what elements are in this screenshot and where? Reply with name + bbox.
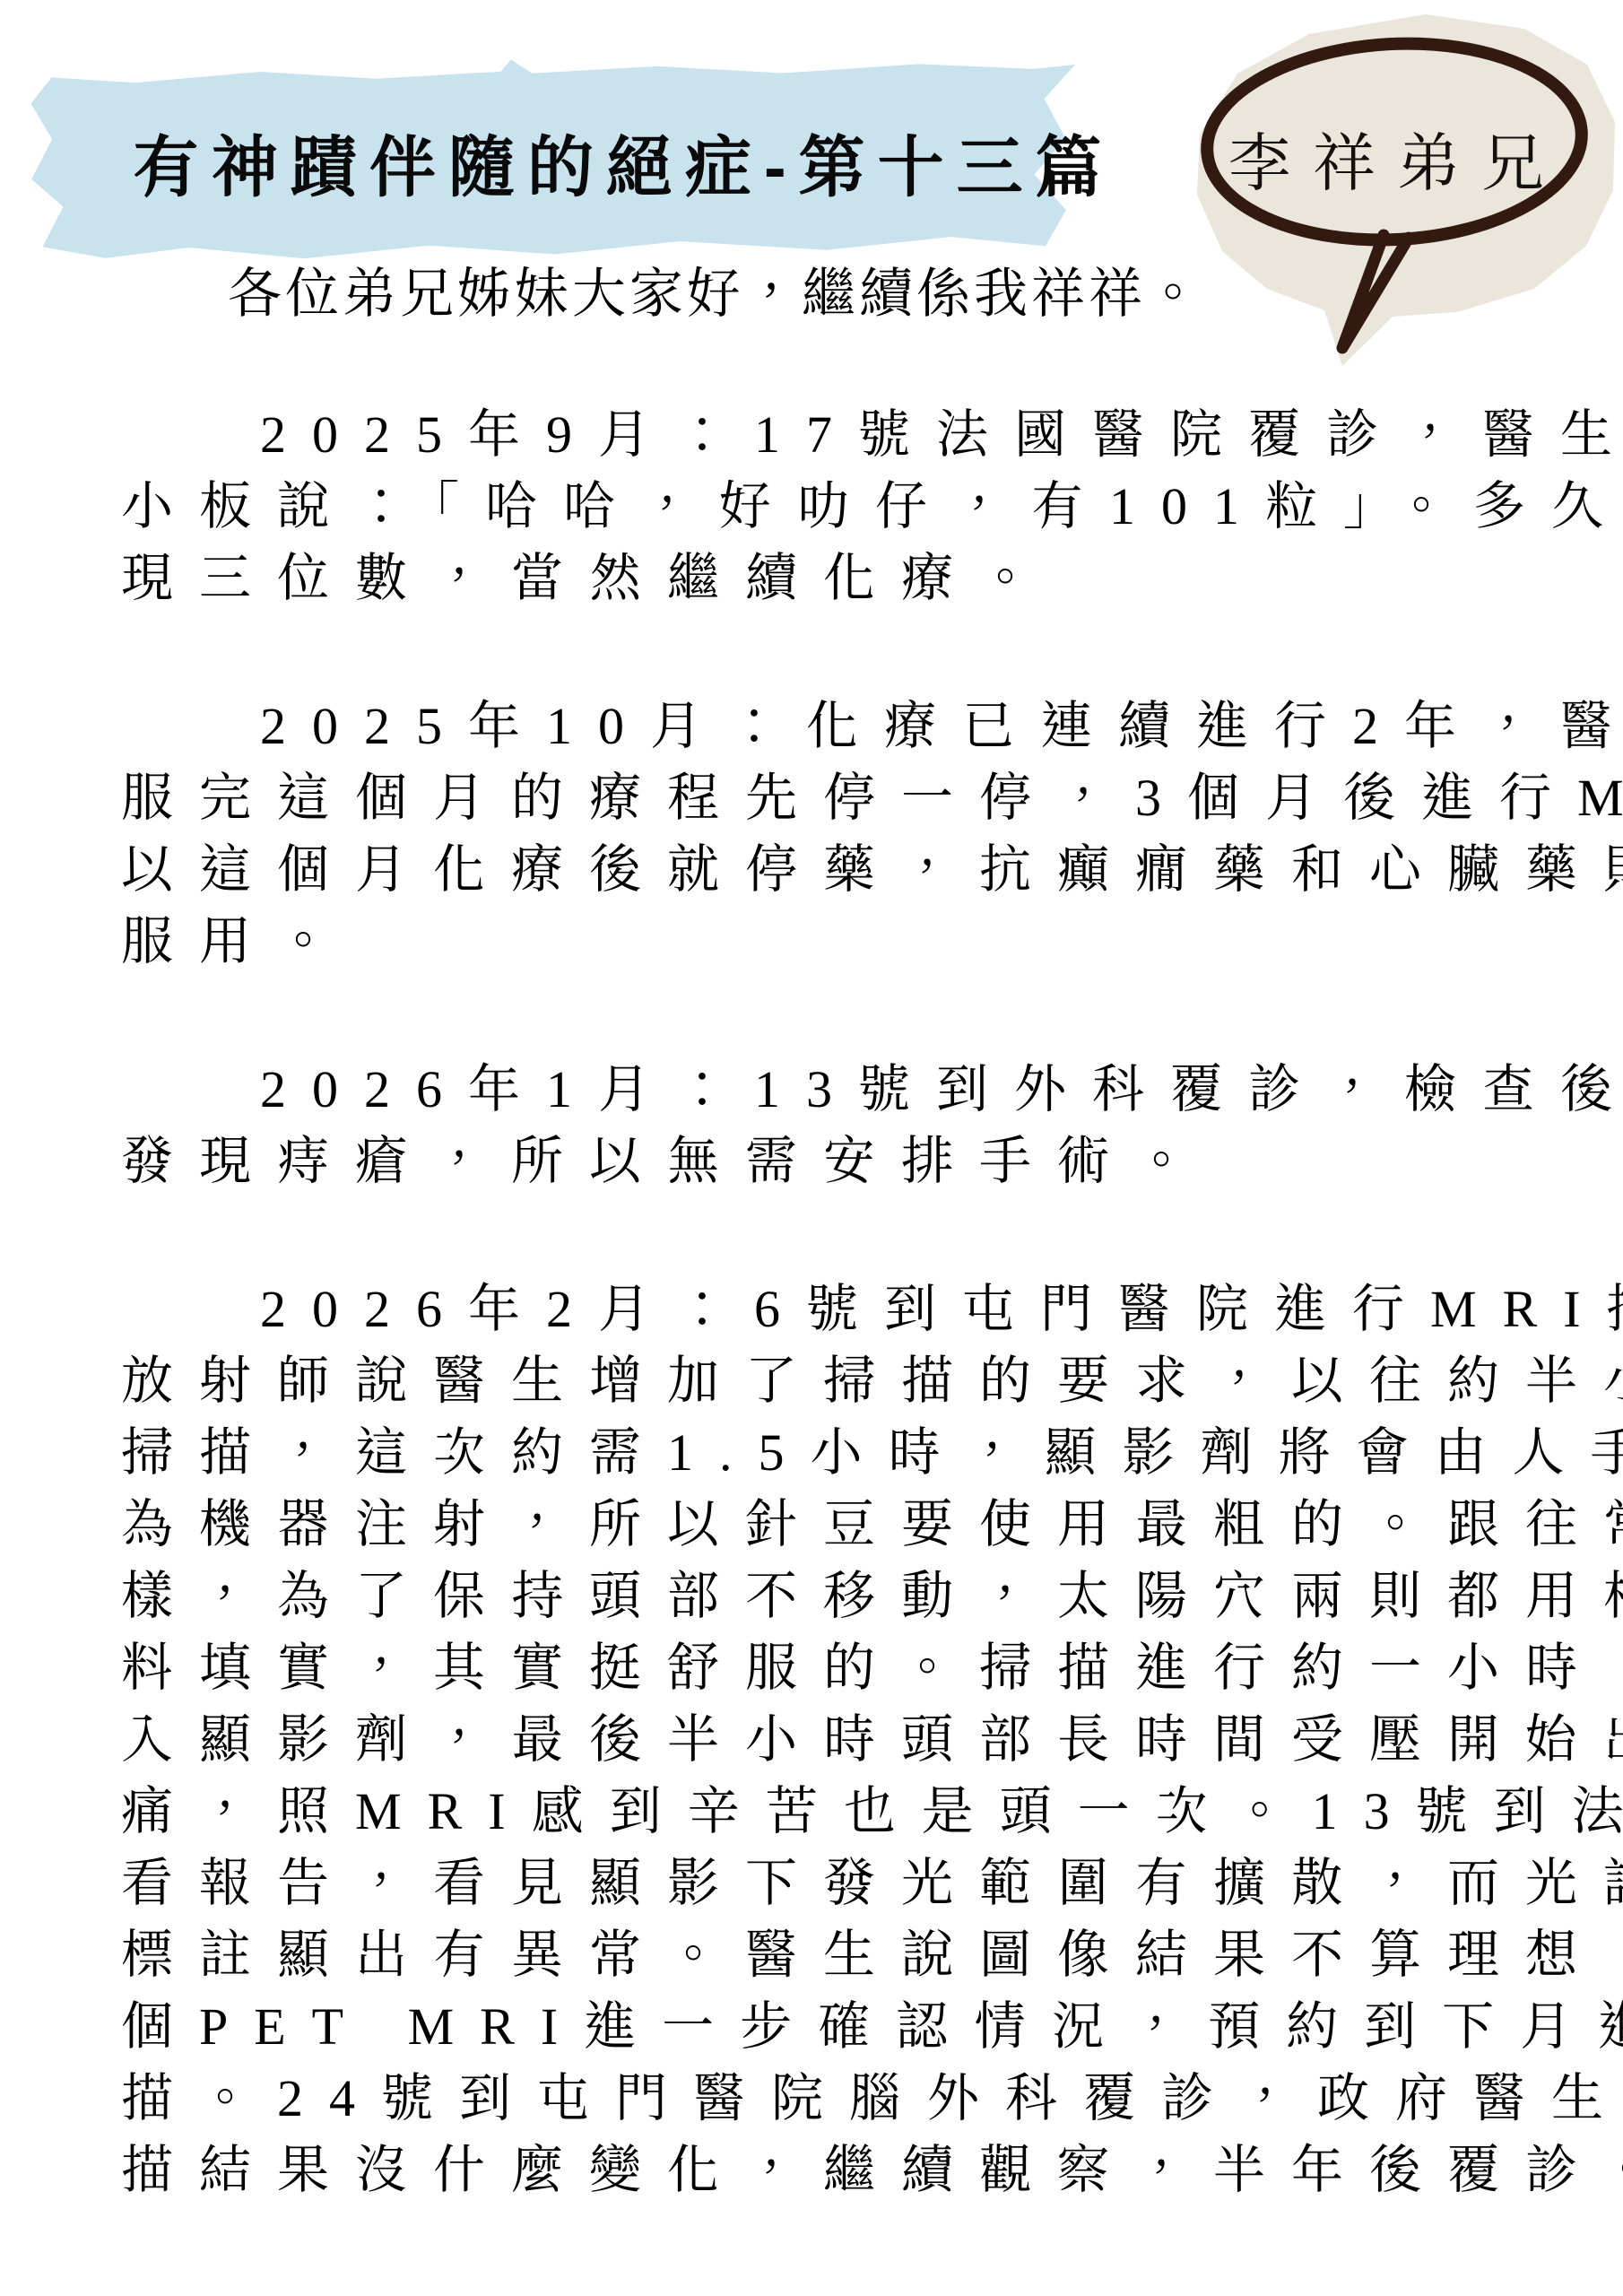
text-line: 以這個月化療後就停藥，抗癲癇藥和心臟藥則繼續	[121, 834, 1556, 906]
text-line: 痛，照MRI感到辛苦也是頭一次。13號到法國醫院	[121, 1776, 1556, 1848]
text-line: 入顯影劑，最後半小時頭部長時間受壓開始出現疼	[121, 1704, 1556, 1776]
paragraph-3: 2026年1月：13號到外科覆診，檢查後並沒有 發現痔瘡，所以無需安排手術。	[121, 1054, 1556, 1197]
text-line: 2026年2月：6號到屯門醫院進行MRI掃描，	[121, 1274, 1556, 1345]
text-line: 發現痔瘡，所以無需安排手術。	[121, 1126, 1556, 1197]
body-text: 各位弟兄姊妹大家好，繼續係我祥祥。 2025年9月：17號法國醫院覆診，醫生一看…	[121, 258, 1556, 2206]
text-line: 服用。	[121, 906, 1556, 978]
author-name: 李祥弟兄	[1228, 130, 1566, 199]
text-line: 個PET MRI進一步確認情況，預約到下月進行掃	[121, 1991, 1556, 2063]
paragraph-2: 2025年10月：化療已連續進行2年，醫生建議 服完這個月的療程先停一停，3個月…	[121, 691, 1556, 978]
text-line: 2025年9月：17號法國醫院覆診，醫生一看血	[121, 399, 1556, 471]
text-line: 2026年1月：13號到外科覆診，檢查後並沒有	[121, 1054, 1556, 1126]
text-line: 小板說：「哈哈，好叻仔，有101粒」。多久未曾出	[121, 471, 1556, 543]
text-line: 描。24號到屯門醫院腦外科覆診，政府醫生覺得掃	[121, 2063, 1556, 2135]
text-line: 描結果沒什麼變化，繼續觀察，半年後覆診。	[121, 2135, 1556, 2206]
paragraph-4: 2026年2月：6號到屯門醫院進行MRI掃描， 放射師說醫生增加了掃描的要求，以…	[121, 1274, 1556, 2206]
text-line: 標註顯出有異常。醫生說圖像結果不算理想，照一	[121, 1919, 1556, 1991]
greeting-line: 各位弟兄姊妹大家好，繼續係我祥祥。	[121, 258, 1556, 330]
text-line: 2025年10月：化療已連續進行2年，醫生建議	[121, 691, 1556, 762]
text-line: 現三位數，當然繼續化療。	[121, 543, 1556, 614]
text-line: 放射師說醫生增加了掃描的要求，以往約半小時的	[121, 1345, 1556, 1417]
document-page: 有神蹟伴隨的絕症-第十三篇 李祥弟兄 各位弟兄姊妹大家好，繼續係我祥祥。 202…	[0, 0, 1623, 2296]
text-line: 料填實，其實挺舒服的。掃描進行約一小時，然後	[121, 1632, 1556, 1704]
page-title: 有神蹟伴隨的絕症-第十三篇	[133, 115, 1115, 210]
text-line: 看報告，看見顯影下發光範圍有擴散，而光譜分析	[121, 1848, 1556, 1919]
text-line: 樣，為了保持頭部不移動，太陽穴兩則都用棉質物	[121, 1561, 1556, 1632]
paragraph-1: 2025年9月：17號法國醫院覆診，醫生一看血 小板說：「哈哈，好叻仔，有101…	[121, 399, 1556, 614]
text-line: 掃描，這次約需1.5小時，顯影劑將會由人手注射改	[121, 1417, 1556, 1489]
text-line: 服完這個月的療程先停一停，3個月後進行MRI。所	[121, 762, 1556, 834]
text-line: 為機器注射，所以針豆要使用最粗的。跟往常一	[121, 1489, 1556, 1561]
